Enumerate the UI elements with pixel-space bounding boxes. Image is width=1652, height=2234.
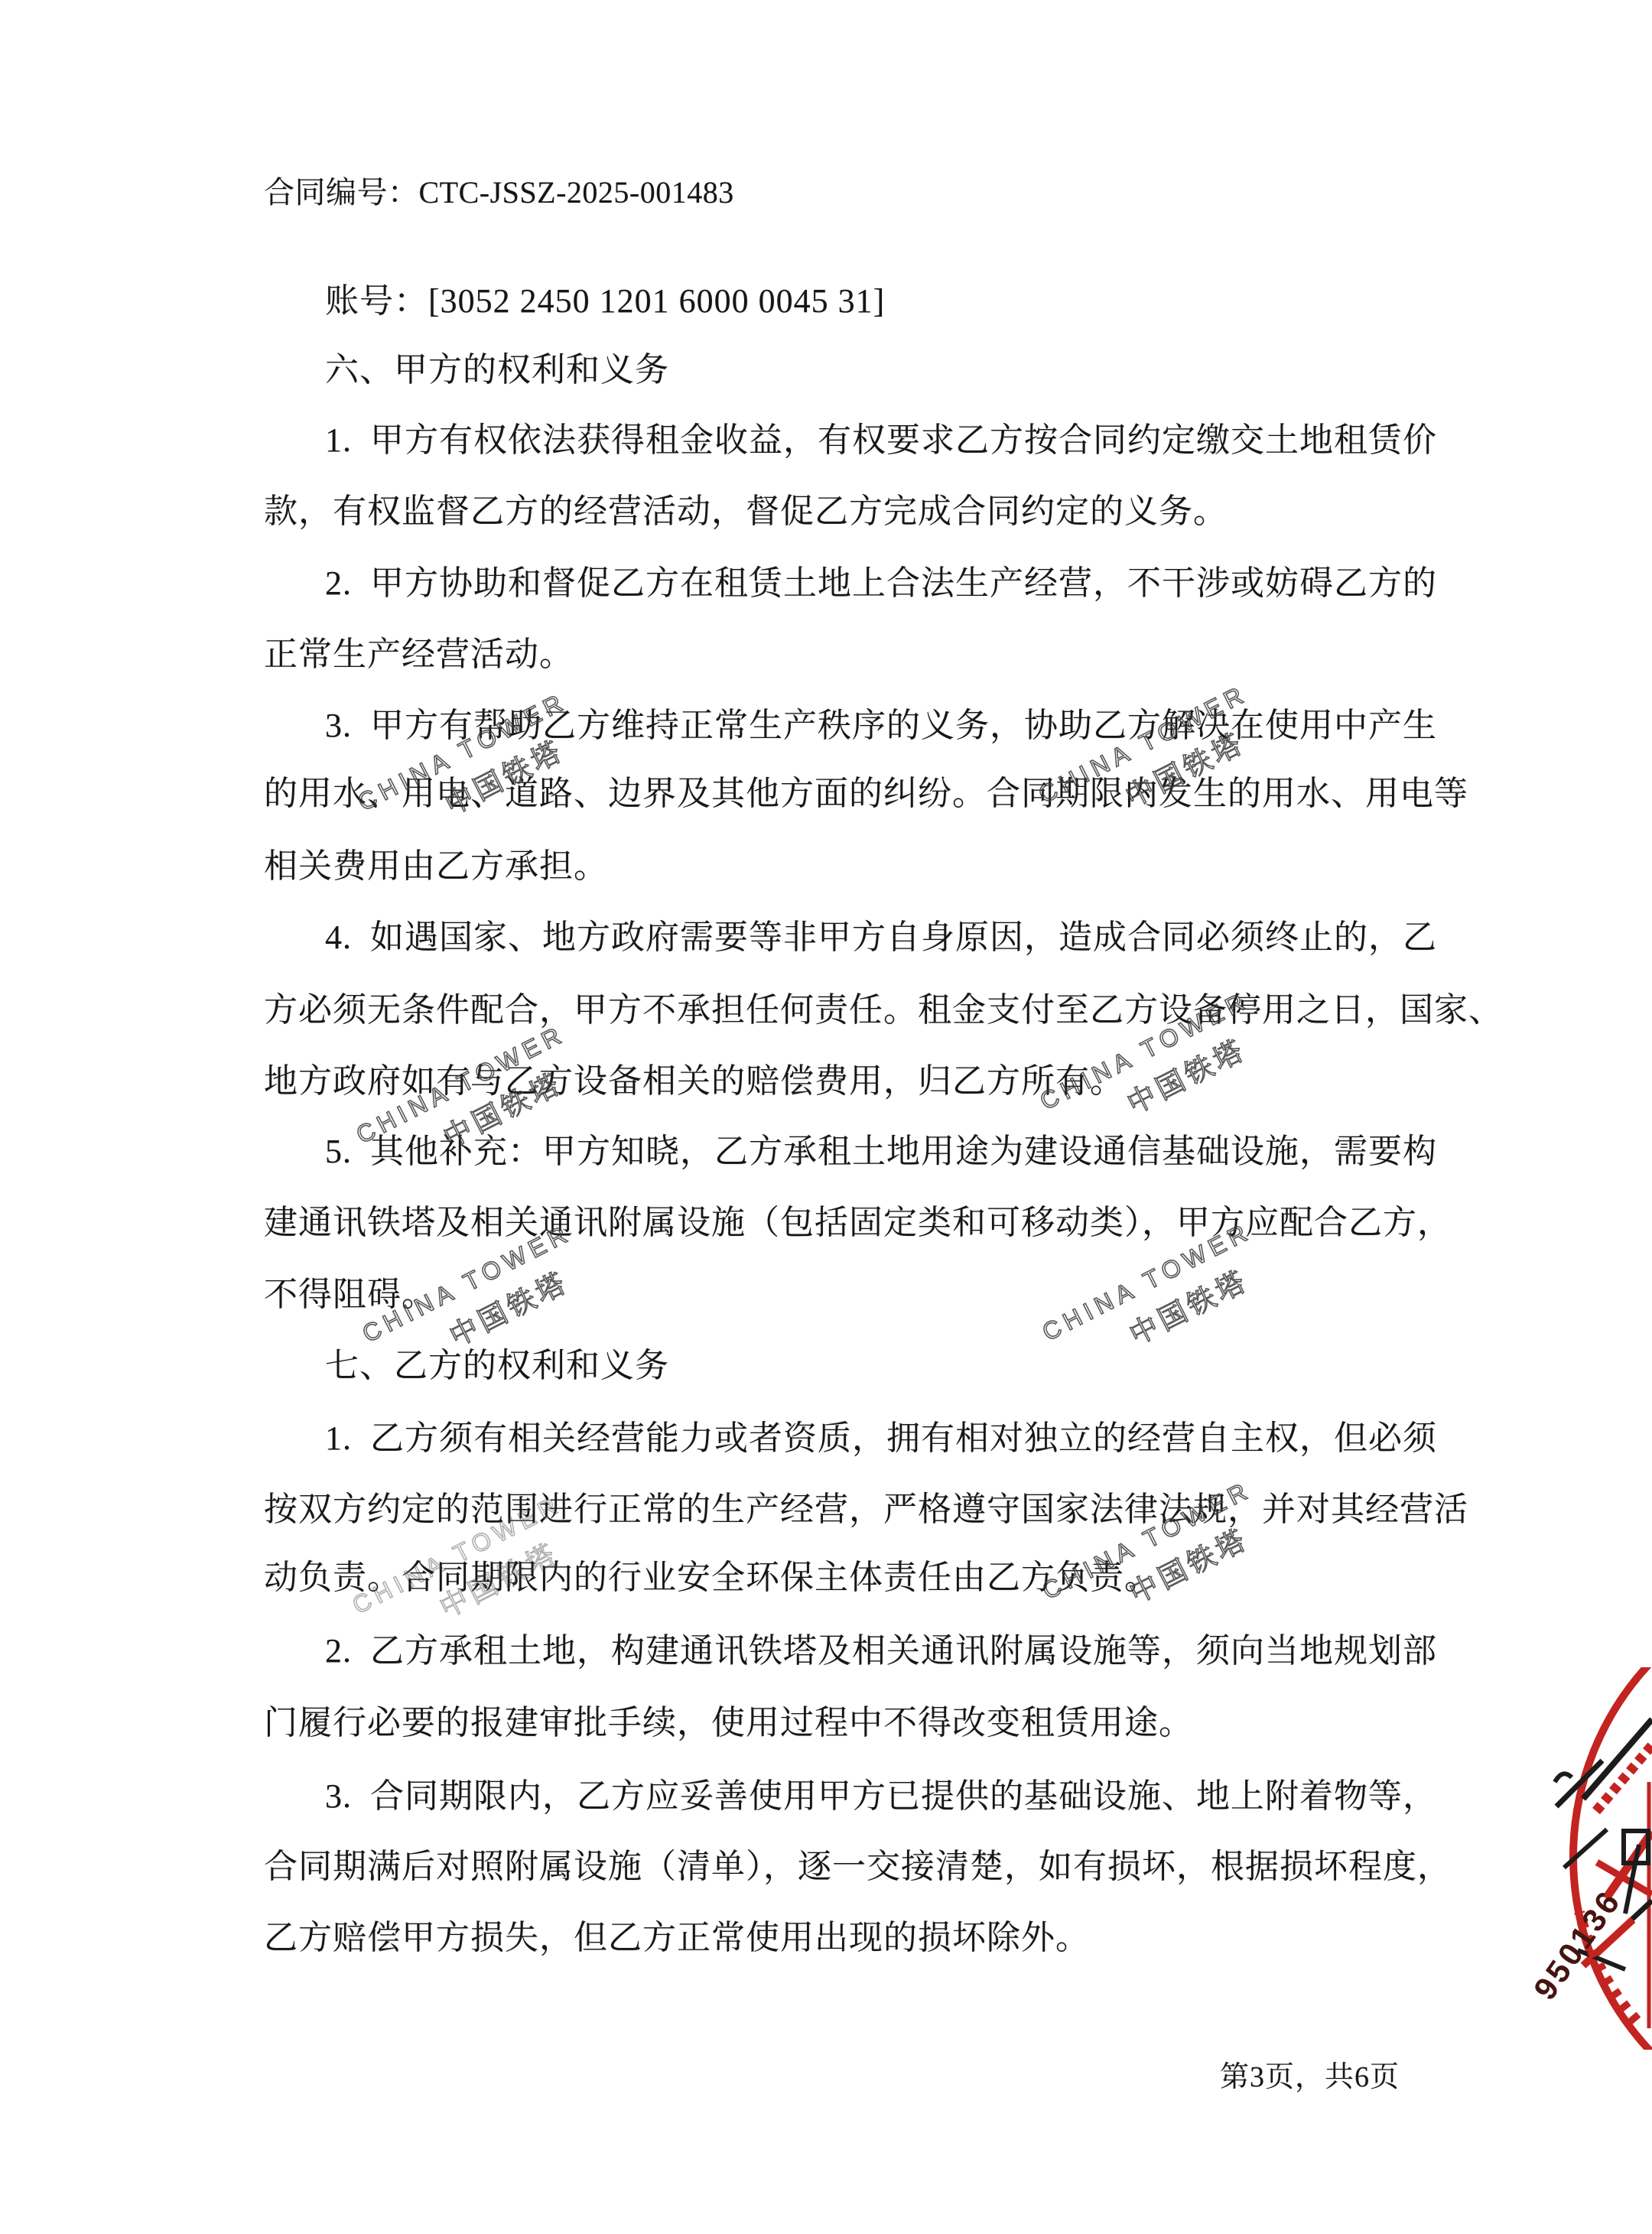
seal-graphic: 950136 xyxy=(1511,1667,1652,2050)
official-seal-partial: 950136 xyxy=(1511,1667,1652,2050)
text-line: 动负责。合同期限内的行业安全环保主体责任由乙方负责。 xyxy=(264,1558,1159,1598)
text-line: 的用水、用电、道路、边界及其他方面的纠纷。合同期限内发生的用水、用电等 xyxy=(264,774,1468,815)
text-line: 4. 如遇国家、地方政府需要等非甲方自身原因，造成合同必须终止的，乙 xyxy=(325,918,1437,958)
china-tower-watermark: CHINA TOWER 中国铁塔 xyxy=(1034,679,1273,850)
section-heading-seven: 七、乙方的权利和义务 xyxy=(325,1346,669,1387)
text-line: 2. 乙方承租土地，构建通讯铁塔及相关通讯附属设施等，须向当地规划部 xyxy=(325,1631,1437,1672)
text-line: 相关费用由乙方承担。 xyxy=(264,847,608,887)
text-line: 2. 甲方协助和督促乙方在租赁土地上合法生产经营，不干涉或妨碍乙方的 xyxy=(325,564,1437,604)
text-line: 方必须无条件配合，甲方不承担任何责任。租金支付至乙方设备停用之日，国家、 xyxy=(264,990,1503,1031)
text-line: 门履行必要的报建审批手续，使用过程中不得改变租赁用途。 xyxy=(264,1703,1193,1744)
text-line: 不得阻碍。 xyxy=(264,1275,436,1315)
text-line: 款，有权监督乙方的经营活动，督促乙方完成合同约定的义务。 xyxy=(264,492,1228,532)
page-footer: 第3页，共6页 xyxy=(1220,2060,1400,2096)
text-line: 5. 其他补充：甲方知晓，乙方承租土地用途为建设通信基础设施，需要构 xyxy=(325,1132,1437,1172)
account-number-line: 账号：[3052 2450 1201 6000 0045 31] xyxy=(325,281,885,322)
section-heading-six: 六、甲方的权利和义务 xyxy=(325,350,669,391)
watermark-text-cn: 中国铁塔 xyxy=(1121,1246,1277,1353)
text-line: 1. 甲方有权依法获得租金收益，有权要求乙方按合同约定缴交土地租赁价 xyxy=(325,421,1437,461)
text-line: 地方政府如有与乙方设备相关的赔偿费用，归乙方所有。 xyxy=(264,1062,1124,1102)
text-line: 1. 乙方须有相关经营能力或者资质，拥有相对独立的经营自主权，但必须 xyxy=(325,1419,1437,1459)
text-line: 按双方约定的范围进行正常的生产经营，严格遵守国家法律法规，并对其经营活 xyxy=(264,1490,1468,1530)
watermark-text-cn: 中国铁塔 xyxy=(1119,1015,1275,1122)
text-line: 3. 甲方有帮助乙方维持正常生产秩序的义务，协助乙方解决在使用中产生 xyxy=(325,706,1437,746)
contract-document-page: 合同编号：CTC-JSSZ-2025-001483 账号：[3052 2450 … xyxy=(0,0,1652,2234)
watermark-text-cn: 中国铁塔 xyxy=(441,1247,597,1354)
text-line: 乙方赔偿甲方损失，但乙方正常使用出现的损坏除外。 xyxy=(264,1918,1090,1959)
contract-number: 合同编号：CTC-JSSZ-2025-001483 xyxy=(264,174,734,211)
text-line: 3. 合同期限内，乙方应妥善使用甲方已提供的基础设施、地上附着物等， xyxy=(325,1777,1437,1817)
text-line: 正常生产经营活动。 xyxy=(264,635,574,675)
text-line: 合同期满后对照附属设施（清单），逐一交接清楚，如有损坏，根据损坏程度， xyxy=(264,1847,1452,1888)
text-line: 建通讯铁塔及相关通讯附属设施（包括固定类和可移动类），甲方应配合乙方， xyxy=(264,1203,1452,1244)
